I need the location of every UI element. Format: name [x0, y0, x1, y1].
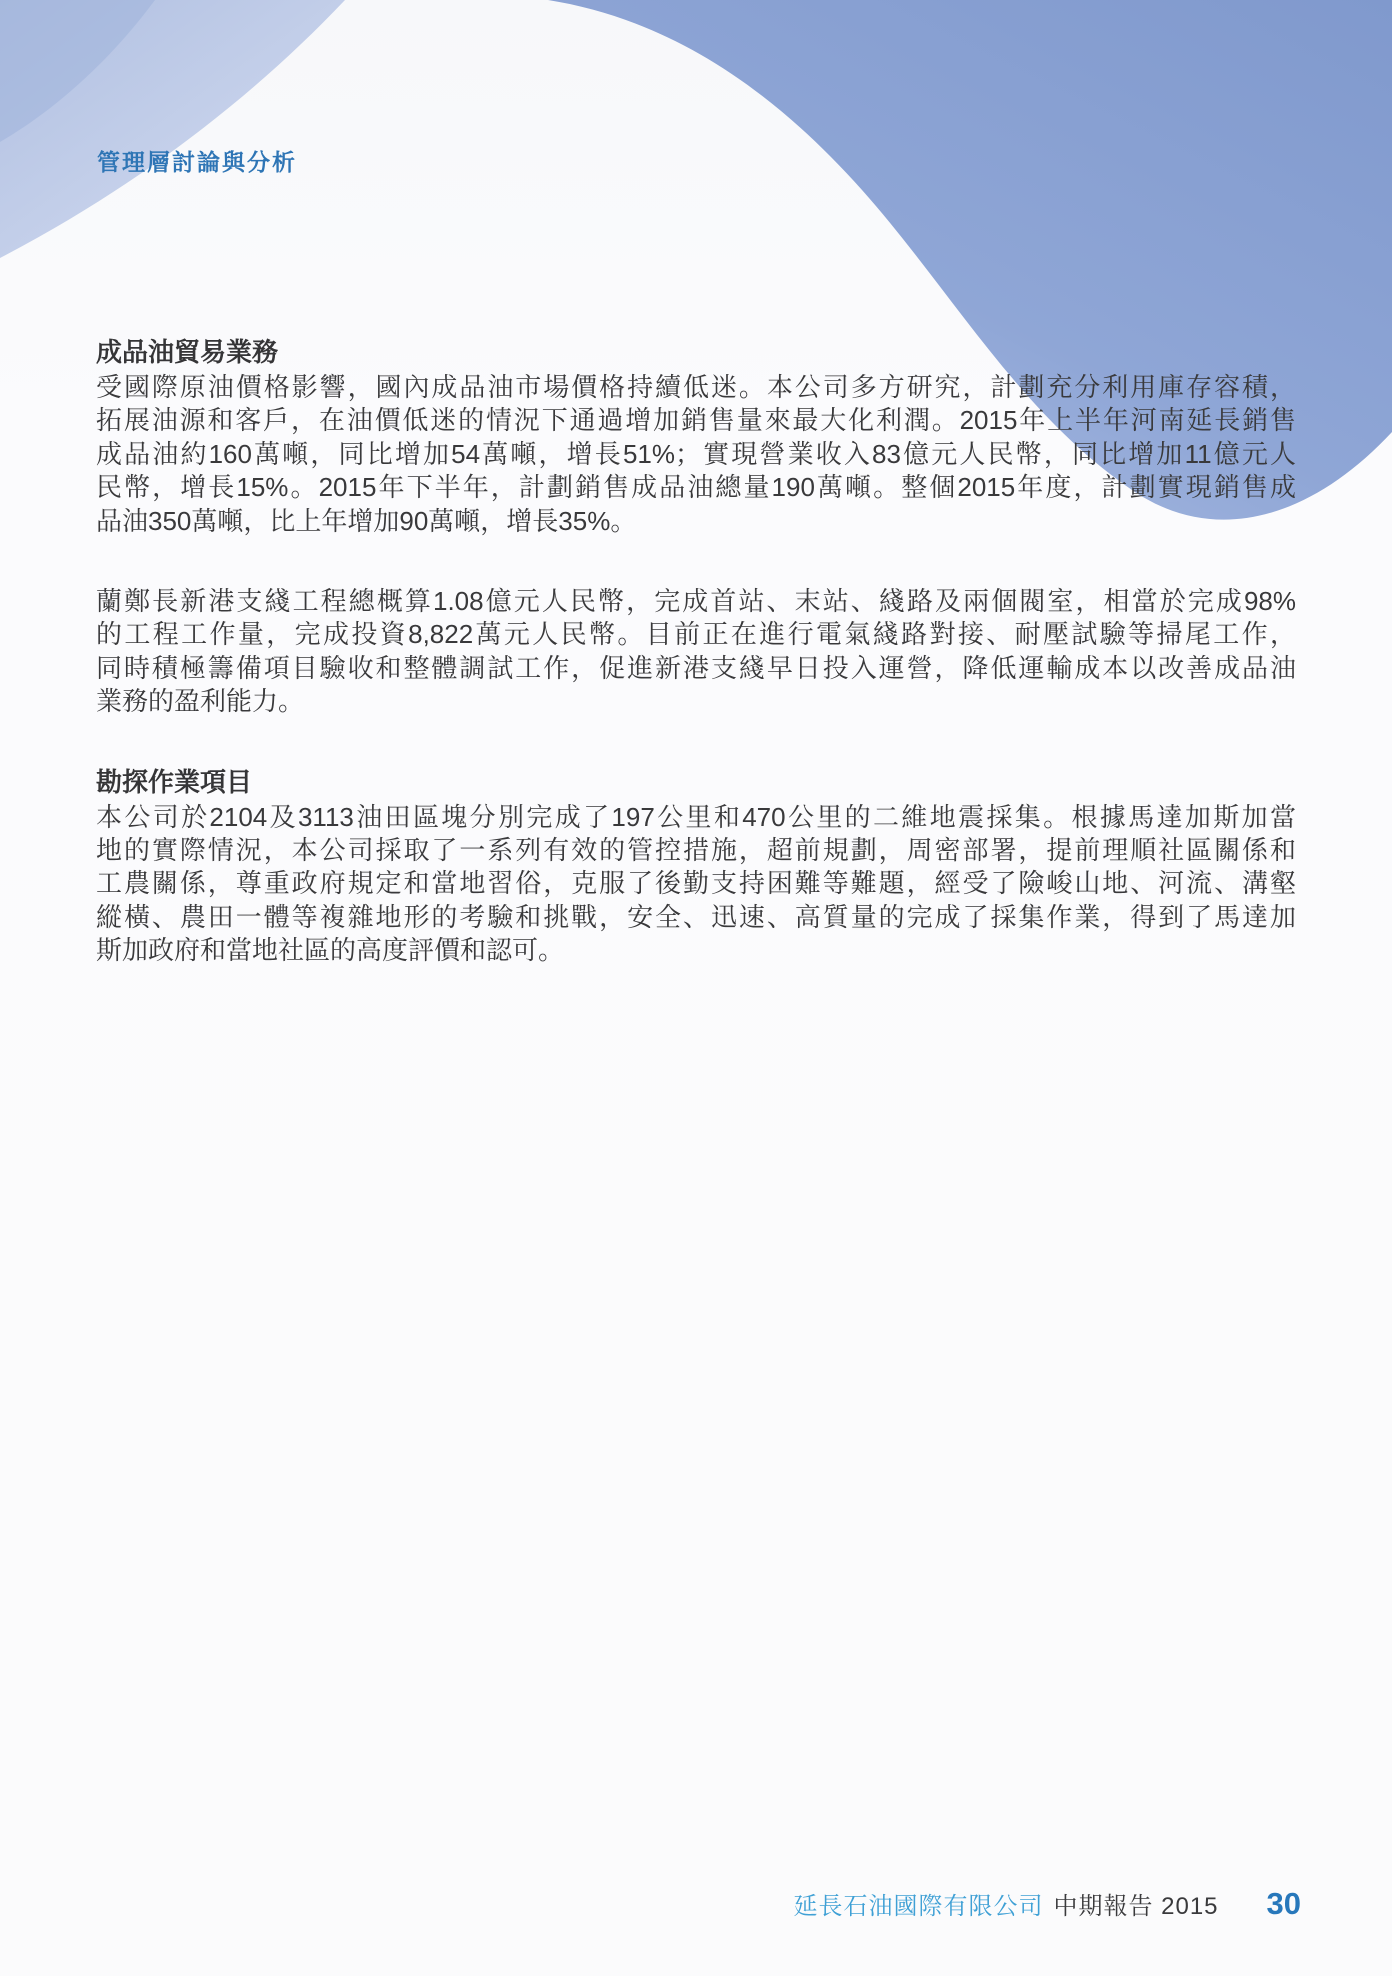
- page-title: 管理層討論與分析: [97, 144, 297, 177]
- section: 成品油貿易業務受國際原油價格影響，國內成品油市場價格持續低迷。本公司多方研究，計…: [96, 336, 1296, 719]
- page-footer: 延長石油國際有限公司 中期報告 2015 30: [96, 1886, 1301, 1922]
- text-line: 民幣，增長15%。2015年下半年，計劃銷售成品油總量190萬噸。整個2015年…: [96, 471, 1296, 504]
- text-line: 本公司於2104及3113油田區塊分別完成了197公里和470公里的二維地震採集…: [96, 801, 1296, 834]
- text-line: 品油350萬噸，比上年增加90萬噸，增長35%。: [96, 505, 1296, 538]
- section-heading: 成品油貿易業務: [96, 336, 1296, 369]
- footer-report-title: 中期報告 2015: [1053, 1886, 1218, 1921]
- text-line: 縱橫、農田一體等複雜地形的考驗和挑戰，安全、迅速、高質量的完成了採集作業，得到了…: [96, 901, 1296, 934]
- text-line: 地的實際情況，本公司採取了一系列有效的管控措施，超前規劃，周密部署，提前理順社區…: [96, 834, 1296, 867]
- text-line: 業務的盈利能力。: [96, 685, 1296, 718]
- report-page: 管理層討論與分析 成品油貿易業務受國際原油價格影響，國內成品油市場價格持續低迷。…: [0, 0, 1392, 1976]
- footer-page-number: 30: [1267, 1886, 1301, 1922]
- content: 成品油貿易業務受國際原油價格影響，國內成品油市場價格持續低迷。本公司多方研究，計…: [96, 336, 1296, 1014]
- paragraph: 蘭鄭長新港支綫工程總概算1.08億元人民幣，完成首站、末站、綫路及兩個閥室，相當…: [96, 585, 1296, 719]
- text-line: 同時積極籌備項目驗收和整體調試工作，促進新港支綫早日投入運營，降低運輸成本以改善…: [96, 652, 1296, 685]
- wave-corner-band: [0, 0, 345, 258]
- text-line: 成品油約160萬噸，同比增加54萬噸，增長51%；實現營業收入83億元人民幣，同…: [96, 438, 1296, 471]
- text-line: 的工程工作量，完成投資8,822萬元人民幣。目前正在進行電氣綫路對接、耐壓試驗等…: [96, 618, 1296, 651]
- text-line: 蘭鄭長新港支綫工程總概算1.08億元人民幣，完成首站、末站、綫路及兩個閥室，相當…: [96, 585, 1296, 618]
- text-line: 斯加政府和當地社區的高度評價和認可。: [96, 934, 1296, 967]
- text-line: 受國際原油價格影響，國內成品油市場價格持續低迷。本公司多方研究，計劃充分利用庫存…: [96, 371, 1296, 404]
- section: 勘探作業項目本公司於2104及3113油田區塊分別完成了197公里和470公里的…: [96, 766, 1296, 968]
- paragraph: 本公司於2104及3113油田區塊分別完成了197公里和470公里的二維地震採集…: [96, 801, 1296, 968]
- section-heading: 勘探作業項目: [96, 766, 1296, 799]
- wave-corner-inner: [0, 0, 155, 142]
- text-line: 拓展油源和客戶，在油價低迷的情況下通過增加銷售量來最大化利潤。2015年上半年河…: [96, 404, 1296, 437]
- footer-company-name: 延長石油國際有限公司: [793, 1886, 1043, 1921]
- paragraph: 受國際原油價格影響，國內成品油市場價格持續低迷。本公司多方研究，計劃充分利用庫存…: [96, 371, 1296, 538]
- text-line: 工農關係，尊重政府規定和當地習俗，克服了後勤支持困難等難題，經受了險峻山地、河流…: [96, 867, 1296, 900]
